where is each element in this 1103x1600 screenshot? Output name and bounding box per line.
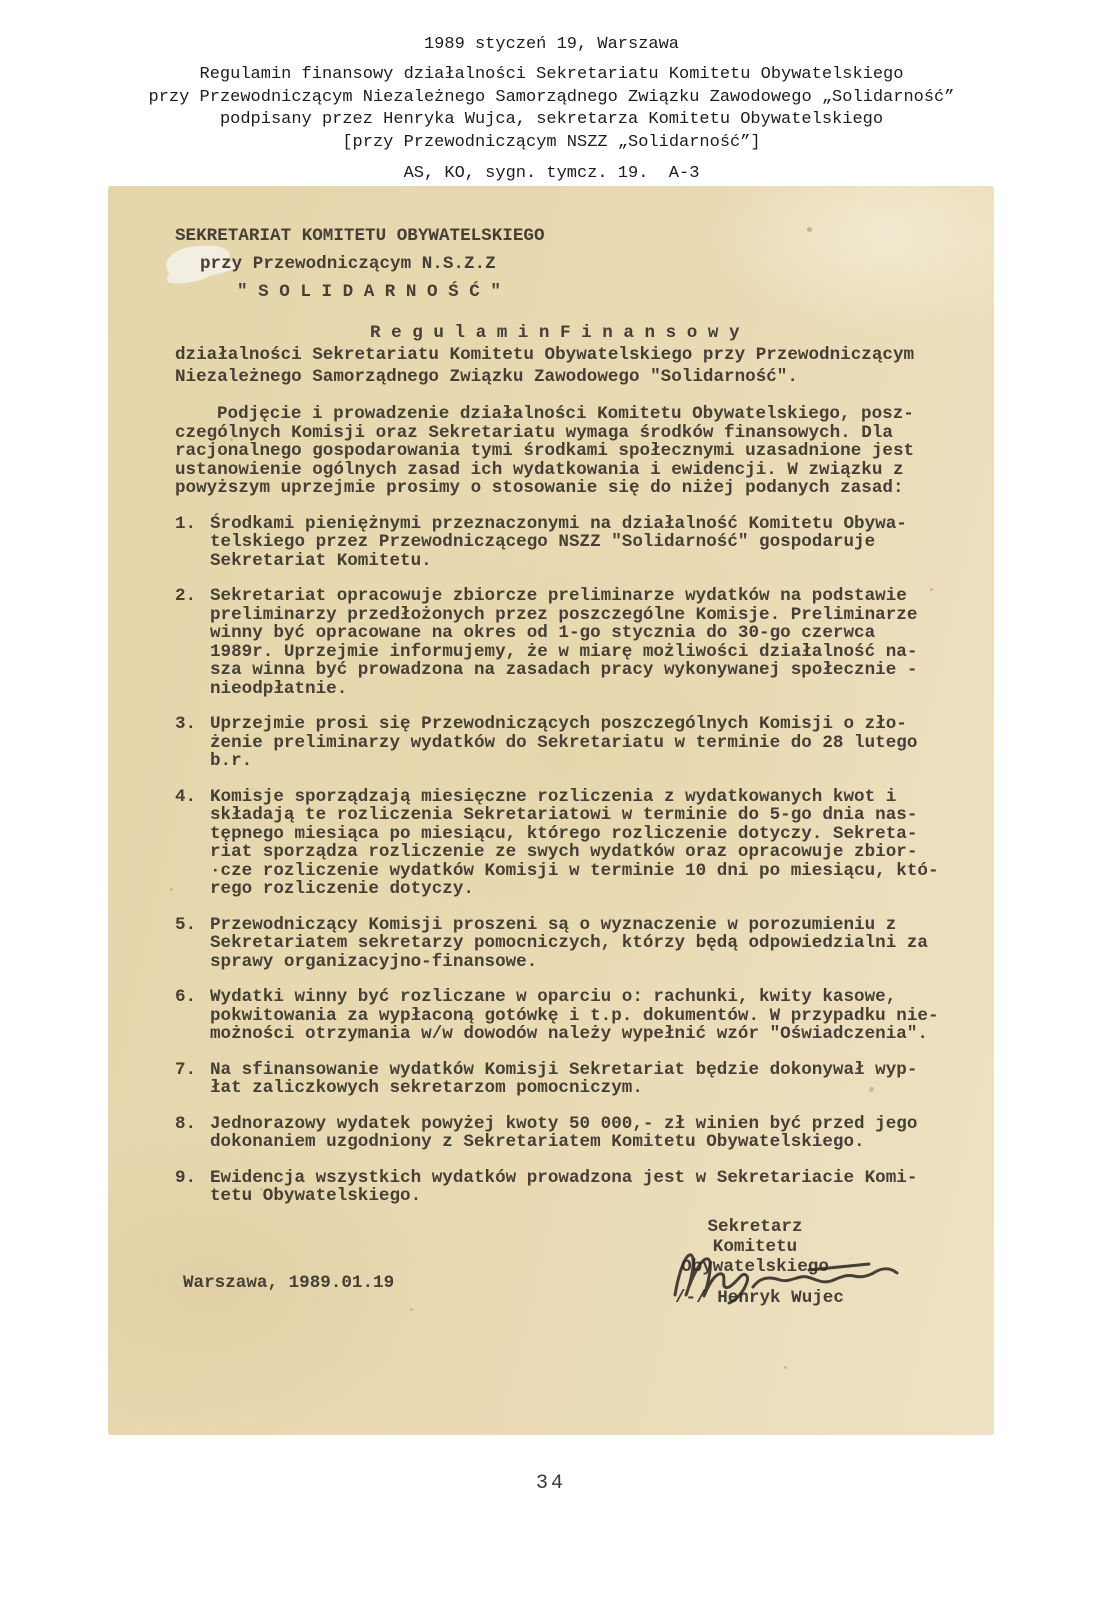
- letterhead-line-1: SEKRETARIAT KOMITETU OBYWATELSKIEGO: [175, 222, 966, 250]
- list-item: 7. Na sfinansowanie wydatków Komisji Sek…: [175, 1061, 966, 1098]
- signature-area: Sekretarz Komitetu Obywatelskiego /-/ He…: [175, 1217, 966, 1367]
- signature-role: Sekretarz Komitetu Obywatelskiego: [645, 1217, 865, 1277]
- item-number: 5.: [175, 916, 210, 972]
- item-text: Środkami pieniężnymi przeznaczonymi na d…: [210, 515, 907, 571]
- list-item: 1. Środkami pieniężnymi przeznaczonymi n…: [175, 515, 966, 571]
- list-item: 8. Jednorazowy wydatek powyżej kwoty 50 …: [175, 1115, 966, 1152]
- item-text: Jednorazowy wydatek powyżej kwoty 50 000…: [210, 1115, 917, 1152]
- title-subheading: działalności Sekretariatu Komitetu Obywa…: [175, 344, 966, 388]
- item-number: 9.: [175, 1169, 210, 1206]
- item-text: Sekretariat opracowuje zbiorcze prelimin…: [210, 587, 917, 698]
- list-item: 9. Ewidencja wszystkich wydatków prowadz…: [175, 1169, 966, 1206]
- item-text: Wydatki winny być rozliczane w oparciu o…: [210, 988, 939, 1044]
- item-number: 3.: [175, 715, 210, 771]
- item-text: Uprzejmie prosi się Przewodniczących pos…: [210, 715, 917, 771]
- page: 1989 styczeń 19, Warszawa Regulamin fina…: [0, 0, 1103, 1600]
- document-title: R e g u l a m i n F i n a n s o w y dzia…: [175, 322, 966, 388]
- header-reference: AS, KO, sygn. tymcz. 19. A-3: [0, 164, 1103, 183]
- header-dateline: 1989 styczeń 19, Warszawa: [0, 34, 1103, 56]
- archive-header: 1989 styczeń 19, Warszawa Regulamin fina…: [0, 34, 1103, 183]
- item-text: Przewodniczący Komisji proszeni są o wyz…: [210, 916, 928, 972]
- item-number: 4.: [175, 788, 210, 899]
- list-item: 3. Uprzejmie prosi się Przewodniczących …: [175, 715, 966, 771]
- page-footer: 34: [108, 1472, 994, 1495]
- item-number: 7.: [175, 1061, 210, 1098]
- place-date-line: Warszawa, 1989.01.19: [183, 1274, 394, 1293]
- signature-block: Sekretarz Komitetu Obywatelskiego /-/ He…: [645, 1217, 865, 1308]
- item-text: Komisje sporządzają miesięczne rozliczen…: [210, 788, 939, 899]
- letterhead-line-3: " S O L I D A R N O Ś Ć ": [237, 278, 966, 306]
- letterhead-line-2: przy Przewodniczącym N.S.Z.Z: [200, 250, 966, 278]
- intro-paragraph: Podjęcie i prowadzenie działalności Komi…: [175, 405, 966, 498]
- signature-name: /-/ Henryk Wujec: [645, 1288, 865, 1308]
- item-number: 2.: [175, 587, 210, 698]
- list-item: 4. Komisje sporządzają miesięczne rozlic…: [175, 788, 966, 899]
- document-scan: SEKRETARIAT KOMITETU OBYWATELSKIEGO przy…: [108, 186, 994, 1435]
- item-number: 6.: [175, 988, 210, 1044]
- title-heading: R e g u l a m i n F i n a n s o w y: [370, 322, 966, 344]
- rules-list: 1. Środkami pieniężnymi przeznaczonymi n…: [175, 515, 966, 1206]
- letterhead: SEKRETARIAT KOMITETU OBYWATELSKIEGO przy…: [175, 222, 966, 306]
- page-number: 34: [536, 1472, 566, 1495]
- list-item: 5. Przewodniczący Komisji proszeni są o …: [175, 916, 966, 972]
- typed-content: SEKRETARIAT KOMITETU OBYWATELSKIEGO przy…: [108, 186, 994, 1435]
- item-text: Na sfinansowanie wydatków Komisji Sekret…: [210, 1061, 917, 1098]
- header-caption: Regulamin finansowy działalności Sekreta…: [0, 64, 1103, 154]
- item-number: 1.: [175, 515, 210, 571]
- list-item: 2. Sekretariat opracowuje zbiorcze preli…: [175, 587, 966, 698]
- item-text: Ewidencja wszystkich wydatków prowadzona…: [210, 1169, 917, 1206]
- list-item: 6. Wydatki winny być rozliczane w oparci…: [175, 988, 966, 1044]
- item-number: 8.: [175, 1115, 210, 1152]
